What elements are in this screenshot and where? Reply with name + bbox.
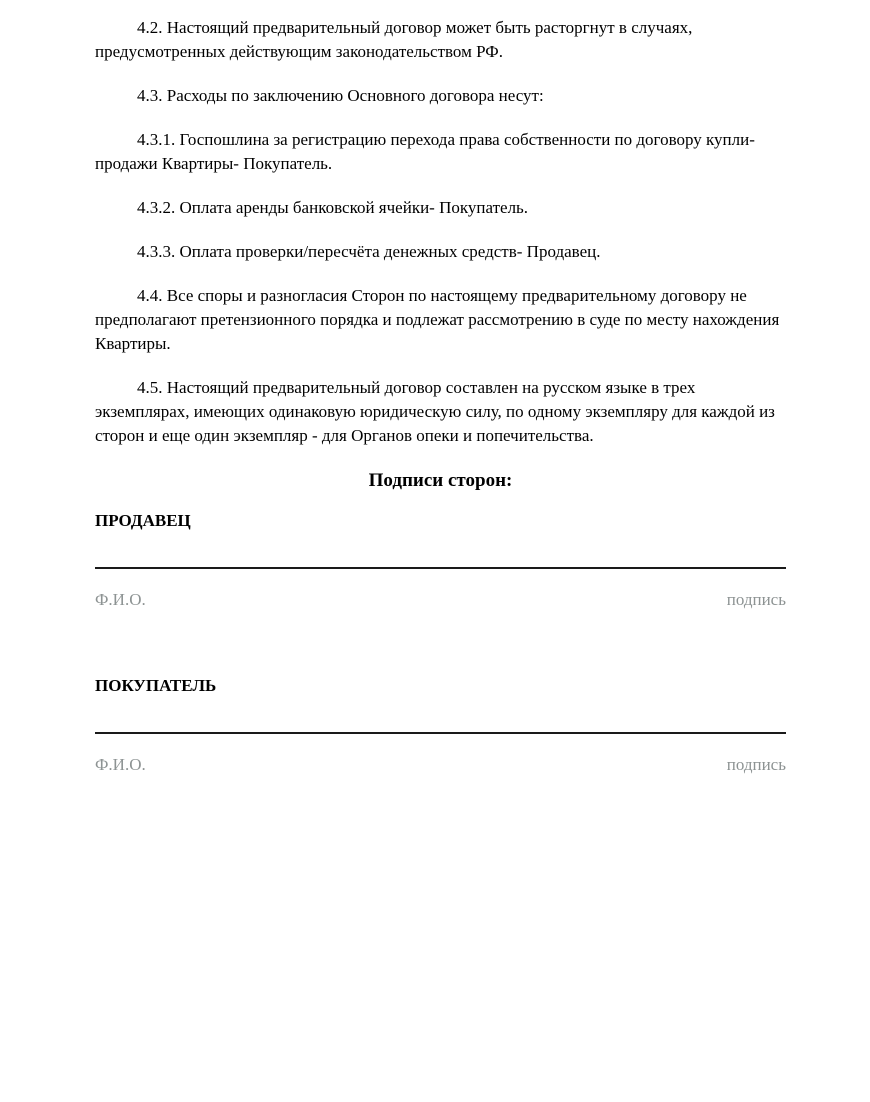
signature-line-buyer [95,732,786,734]
signature-block-buyer: ПОКУПАТЕЛЬ Ф.И.О. подпись [95,675,786,776]
sign-label-buyer: подпись [727,754,786,776]
signature-labels-buyer: Ф.И.О. подпись [95,754,786,776]
clause-4-3-2: 4.3.2. Оплата аренды банковской ячейки- … [95,196,786,220]
clause-4-3-3: 4.3.3. Оплата проверки/пересчёта денежны… [95,240,786,264]
clause-4-3: 4.3. Расходы по заключению Основного дог… [95,84,786,108]
signature-block-seller: ПРОДАВЕЦ Ф.И.О. подпись [95,510,786,611]
clause-4-2: 4.2. Настоящий предварительный договор м… [95,16,786,64]
party-label-seller: ПРОДАВЕЦ [95,510,786,532]
clause-4-3-1: 4.3.1. Госпошлина за регистрацию переход… [95,128,786,176]
signature-labels-seller: Ф.И.О. подпись [95,589,786,611]
sign-label-seller: подпись [727,589,786,611]
signatures-heading: Подписи сторон: [95,468,786,494]
party-label-buyer: ПОКУПАТЕЛЬ [95,675,786,697]
contract-document-page: 4.2. Настоящий предварительный договор м… [0,0,870,1102]
contract-body: 4.2. Настоящий предварительный договор м… [95,16,786,448]
name-label-seller: Ф.И.О. [95,589,146,611]
name-label-buyer: Ф.И.О. [95,754,146,776]
signature-line-seller [95,567,786,569]
clause-4-5: 4.5. Настоящий предварительный договор с… [95,376,786,448]
clause-4-4: 4.4. Все споры и разногласия Сторон по н… [95,284,786,356]
